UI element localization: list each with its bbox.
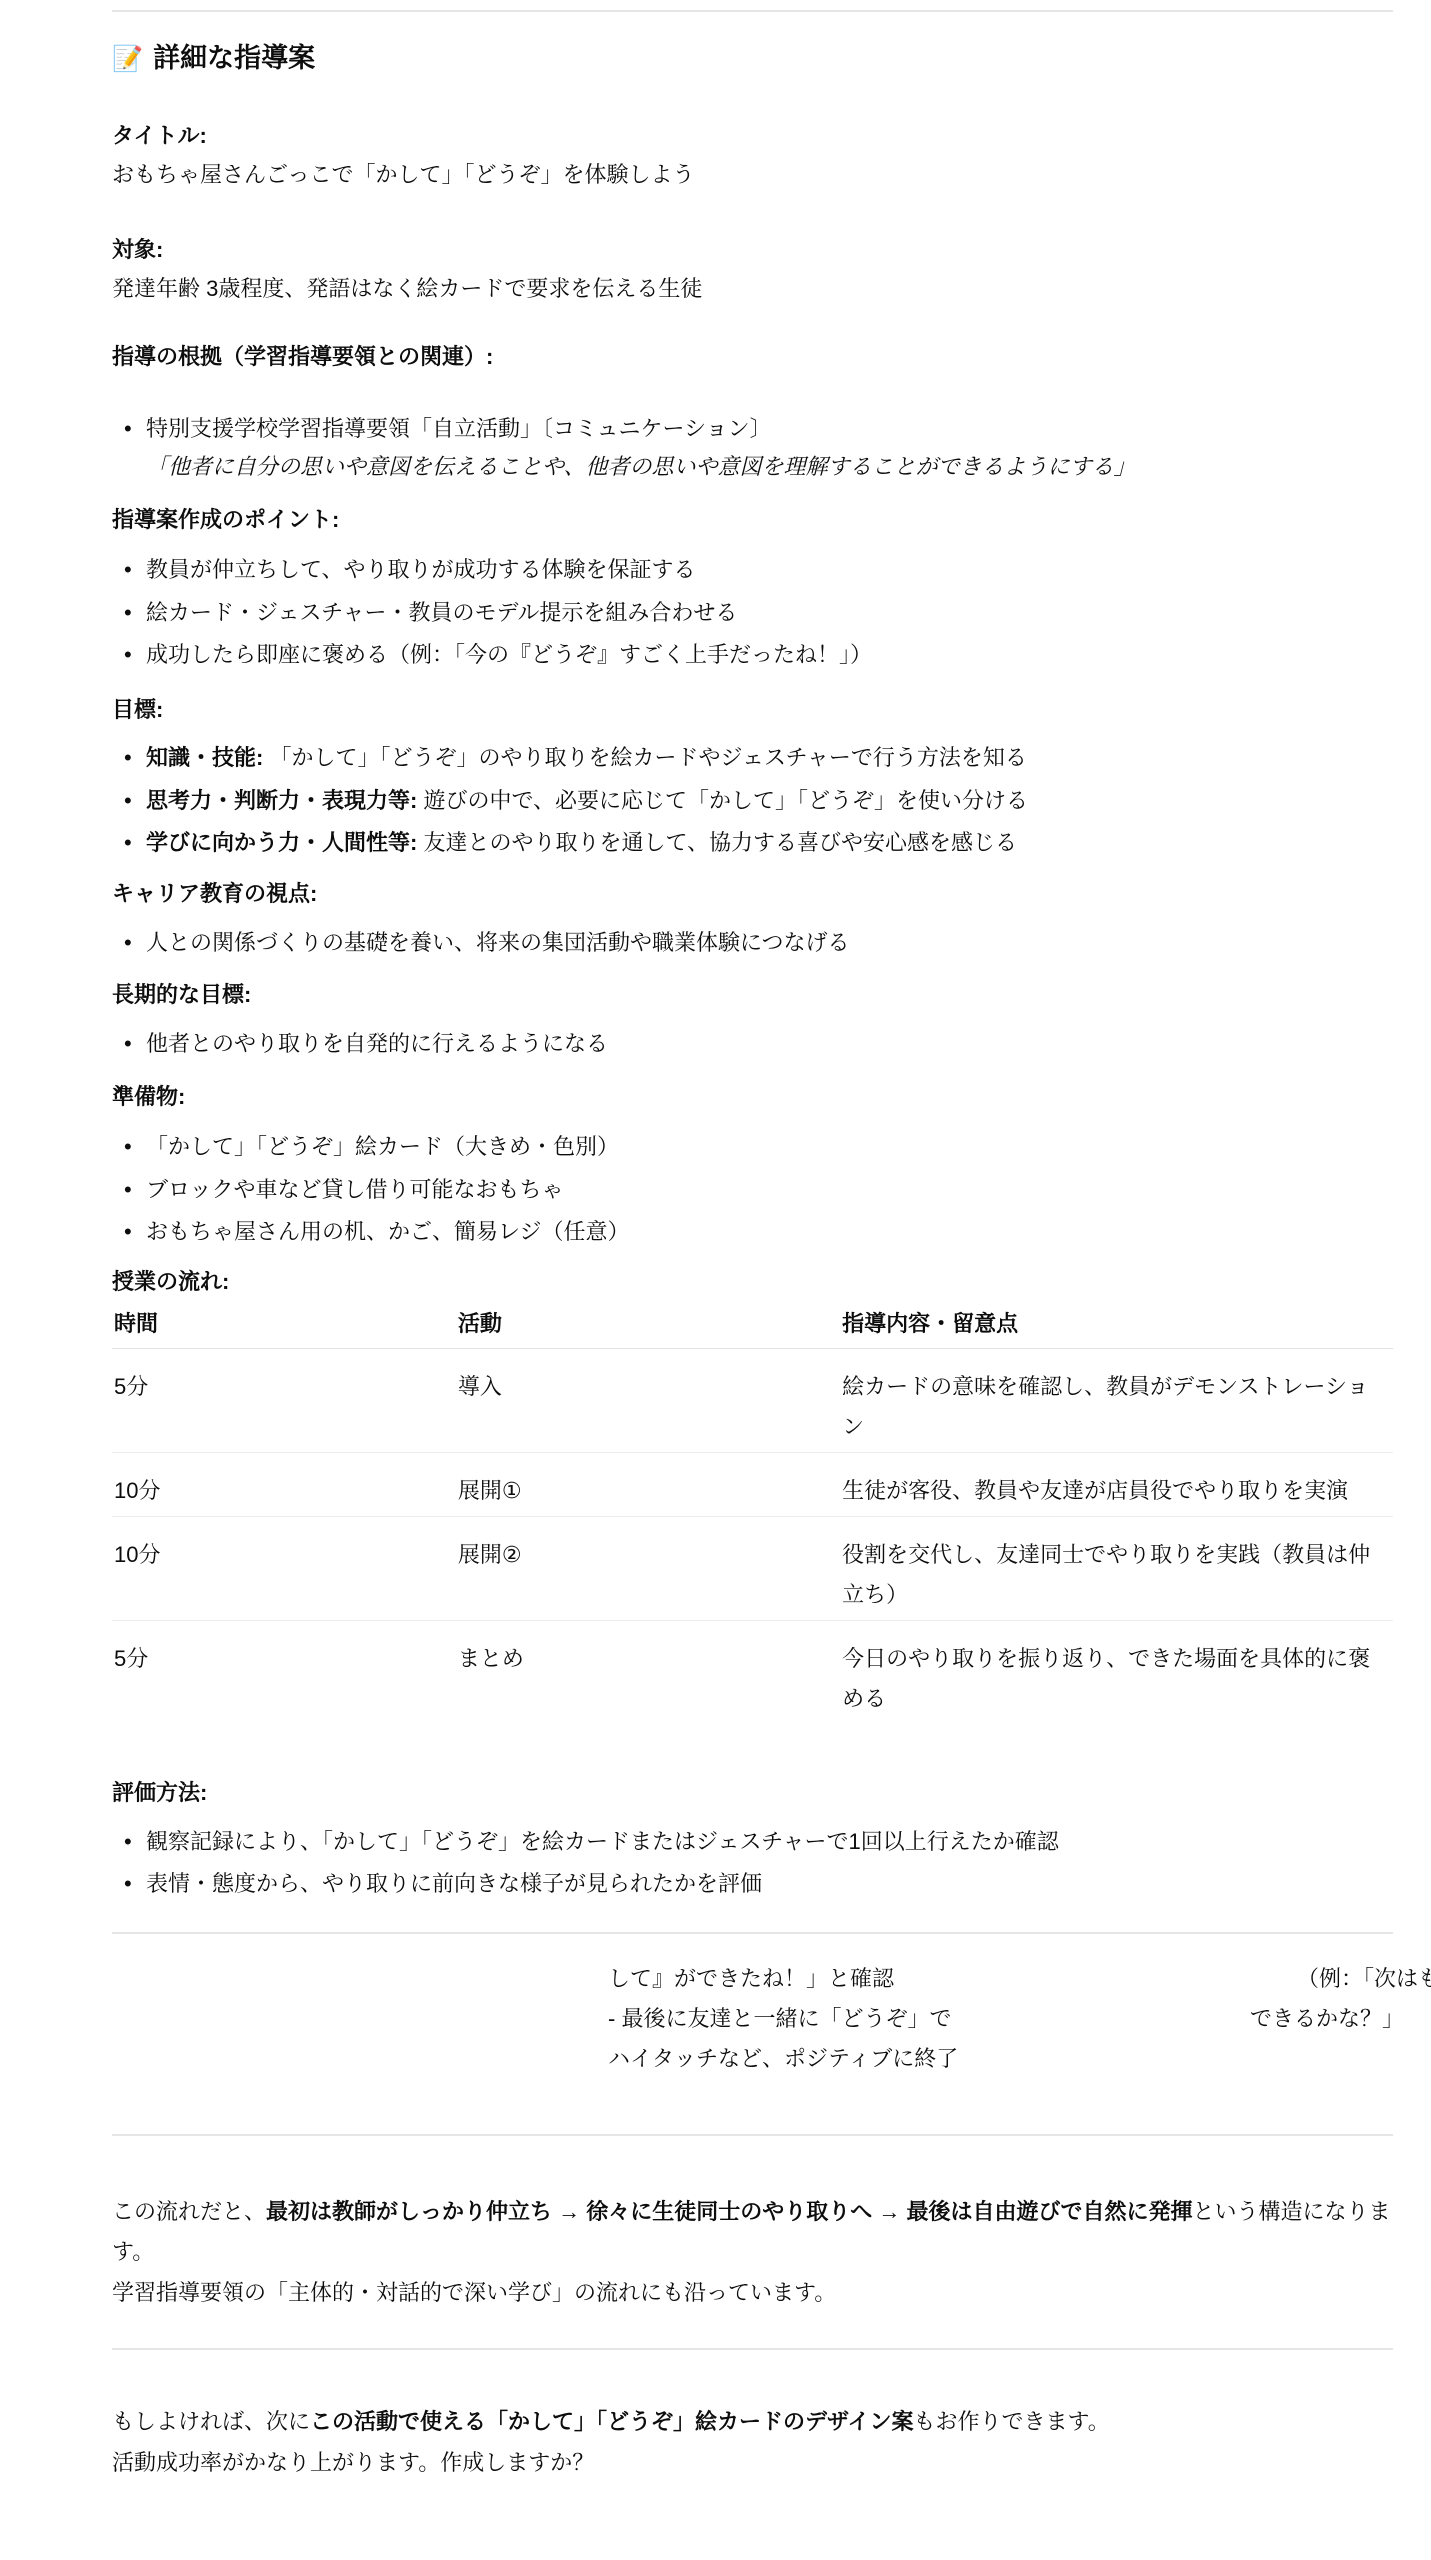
goals-heading: 目標:: [112, 691, 1393, 730]
list-item: 「かして」「どうぞ」絵カード（大きめ・色別）: [112, 1128, 1393, 1167]
table-row: 10分 展開② 役割を交代し、友達同士でやり取りを実践（教員は仲立ち）: [112, 1517, 1393, 1621]
divider-bottom: [112, 2348, 1393, 2350]
cell-notes: 生徒が客役、教員や友達が店員役でやり取りを実演: [842, 1453, 1393, 1517]
clipped-cell-left: して』ができたね！」と確認 - 最後に友達と一緒に「どうぞ」で ハイタッチなど、…: [608, 1959, 958, 2079]
list-item: 思考力・判断力・表現力等: 遊びの中で、必要に応じて「かして」「どうぞ」を使い分…: [112, 782, 1393, 821]
page-title: 📝詳細な指導案: [112, 40, 1393, 77]
title-paragraph: タイトル: おもちゃ屋さんごっこで「かして」「どうぞ」を体験しよう: [112, 117, 1393, 194]
cell-activity: 展開②: [458, 1517, 842, 1621]
list-item: 知識・技能: 「かして」「どうぞ」のやり取りを絵カードやジェスチャーで行う方法を…: [112, 739, 1393, 778]
cell-time: 5分: [112, 1349, 458, 1453]
list-item: おもちゃ屋さん用の机、かご、簡易レジ（任意）: [112, 1213, 1393, 1252]
list-item: 教員が仲立ちして、やり取りが成功する体験を保証する: [112, 551, 1393, 590]
curriculum-quote: 「他者に自分の思いや意図を伝えることや、他者の思いや意図を理解することができるよ…: [146, 454, 1136, 479]
career-list: 人との関係づくりの基礎を養い、将来の集団活動や職業体験につなげる: [112, 924, 1393, 963]
table-row: 5分 導入 絵カードの意味を確認し、教員がデモンストレーション: [112, 1349, 1393, 1453]
flow-heading: 授業の流れ:: [112, 1263, 1393, 1302]
table-row: 5分 まとめ 今日のやり取りを振り返り、できた場面を具体的に褒める: [112, 1621, 1393, 1725]
summary-line2: 学習指導要領の「主体的・対話的で深い学び」の流れにも沿っています。: [112, 2280, 836, 2305]
subject-paragraph: 対象: 発達年齢 3歳程度、発語はなく絵カードで要求を伝える生徒: [112, 231, 1393, 308]
list-item: 人との関係づくりの基礎を養い、将来の集団活動や職業体験につなげる: [112, 924, 1393, 963]
evaluation-heading: 評価方法:: [112, 1774, 1393, 1813]
lesson-flow-table: 時間 活動 指導内容・留意点 5分 導入 絵カードの意味を確認し、教員がデモンス…: [112, 1309, 1393, 1724]
list-item: 絵カード・ジェスチャー・教員のモデル提示を組み合わせる: [112, 594, 1393, 633]
basis-list: 特別支援学校学習指導要領「自立活動」〔コミュニケーション〕 「他者に自分の思いや…: [112, 410, 1393, 487]
cell-activity: 導入: [458, 1349, 842, 1453]
title-value: おもちゃ屋さんごっこで「かして」「どうぞ」を体験しよう: [112, 162, 695, 187]
subject-label: 対象:: [112, 237, 163, 262]
clipped-table-fragment: して』ができたね！」と確認 - 最後に友達と一緒に「どうぞ」で ハイタッチなど、…: [112, 1934, 1393, 2134]
column-header-notes: 指導内容・留意点: [842, 1309, 1393, 1349]
divider-top: [112, 10, 1393, 12]
cta-line2: 活動成功率がかなり上がります。作成しますか？: [112, 2450, 594, 2475]
summary-paragraph: この流れだと、最初は教師がしっかり仲立ち → 徐々に生徒同士のやり取りへ → 最…: [112, 2192, 1393, 2314]
summary-bold: 最初は教師がしっかり仲立ち → 徐々に生徒同士のやり取りへ → 最後は自由遊びで…: [266, 2199, 1192, 2224]
list-item: 成功したら即座に褒める（例：「今の『どうぞ』すごく上手だったね！」）: [112, 636, 1393, 675]
subject-value: 発達年齢 3歳程度、発語はなく絵カードで要求を伝える生徒: [112, 276, 702, 301]
cell-activity: 展開①: [458, 1453, 842, 1517]
page-title-text: 詳細な指導案: [153, 43, 315, 73]
materials-list: 「かして」「どうぞ」絵カード（大きめ・色別） ブロックや車など貸し借り可能なおも…: [112, 1128, 1393, 1252]
fragment-line: して』ができたね！」と確認: [608, 1959, 958, 1999]
cell-time: 10分: [112, 1517, 458, 1621]
cell-notes: 役割を交代し、友達同士でやり取りを実践（教員は仲立ち）: [842, 1517, 1393, 1621]
cta-paragraph: もしよければ、次にこの活動で使える「かして」「どうぞ」絵カードのデザイン案もお作…: [112, 2402, 1393, 2483]
table-header-row: 時間 活動 指導内容・留意点: [112, 1309, 1393, 1349]
list-item: 学びに向かう力・人間性等: 友達とのやり取りを通して、協力する喜びや安心感を感じ…: [112, 824, 1393, 863]
column-header-activity: 活動: [458, 1309, 842, 1349]
fragment-line: - 最後に友達と一緒に「どうぞ」で: [608, 1999, 958, 2039]
list-item: 表情・態度から、やり取りに前向きな様子が見られたかを評価: [112, 1865, 1393, 1904]
list-item: 他者とのやり取りを自発的に行えるようになる: [112, 1025, 1393, 1064]
goals-list: 知識・技能: 「かして」「どうぞ」のやり取りを絵カードやジェスチャーで行う方法を…: [112, 739, 1393, 863]
cta-bold: この活動で使える「かして」「どうぞ」絵カードのデザイン案: [310, 2409, 913, 2434]
longterm-list: 他者とのやり取りを自発的に行えるようになる: [112, 1025, 1393, 1064]
title-label: タイトル:: [112, 123, 207, 148]
cell-time: 5分: [112, 1621, 458, 1725]
points-heading: 指導案作成のポイント:: [112, 501, 1393, 540]
career-heading: キャリア教育の視点:: [112, 875, 1393, 914]
fragment-line: （例：「次はも: [1250, 1959, 1431, 1999]
list-item: ブロックや車など貸し借り可能なおもちゃ: [112, 1171, 1393, 1210]
divider-middle-2: [112, 2134, 1393, 2136]
cell-notes: 今日のやり取りを振り返り、できた場面を具体的に褒める: [842, 1621, 1393, 1725]
points-list: 教員が仲立ちして、やり取りが成功する体験を保証する 絵カード・ジェスチャー・教員…: [112, 551, 1393, 675]
fragment-line: できるかな？」: [1250, 1999, 1431, 2039]
memo-icon: 📝: [112, 45, 143, 73]
cell-activity: まとめ: [458, 1621, 842, 1725]
longterm-heading: 長期的な目標:: [112, 976, 1393, 1015]
column-header-time: 時間: [112, 1309, 458, 1349]
fragment-line: ハイタッチなど、ポジティブに終了: [608, 2039, 958, 2079]
cell-time: 10分: [112, 1453, 458, 1517]
clipped-cell-right: （例：「次はも できるかな？」: [1250, 1959, 1431, 2039]
materials-heading: 準備物:: [112, 1078, 1393, 1117]
cell-notes: 絵カードの意味を確認し、教員がデモンストレーション: [842, 1349, 1393, 1453]
table-row: 10分 展開① 生徒が客役、教員や友達が店員役でやり取りを実演: [112, 1453, 1393, 1517]
evaluation-list: 観察記録により、「かして」「どうぞ」を絵カードまたはジェスチャーで1回以上行えた…: [112, 1823, 1393, 1904]
basis-heading: 指導の根拠（学習指導要領との関連）:: [112, 338, 1393, 377]
list-item: 観察記録により、「かして」「どうぞ」を絵カードまたはジェスチャーで1回以上行えた…: [112, 1823, 1393, 1862]
assistant-message-document: 📝詳細な指導案 タイトル: おもちゃ屋さんごっこで「かして」「どうぞ」を体験しよ…: [0, 0, 1431, 2560]
list-item: 特別支援学校学習指導要領「自立活動」〔コミュニケーション〕 「他者に自分の思いや…: [112, 410, 1393, 487]
